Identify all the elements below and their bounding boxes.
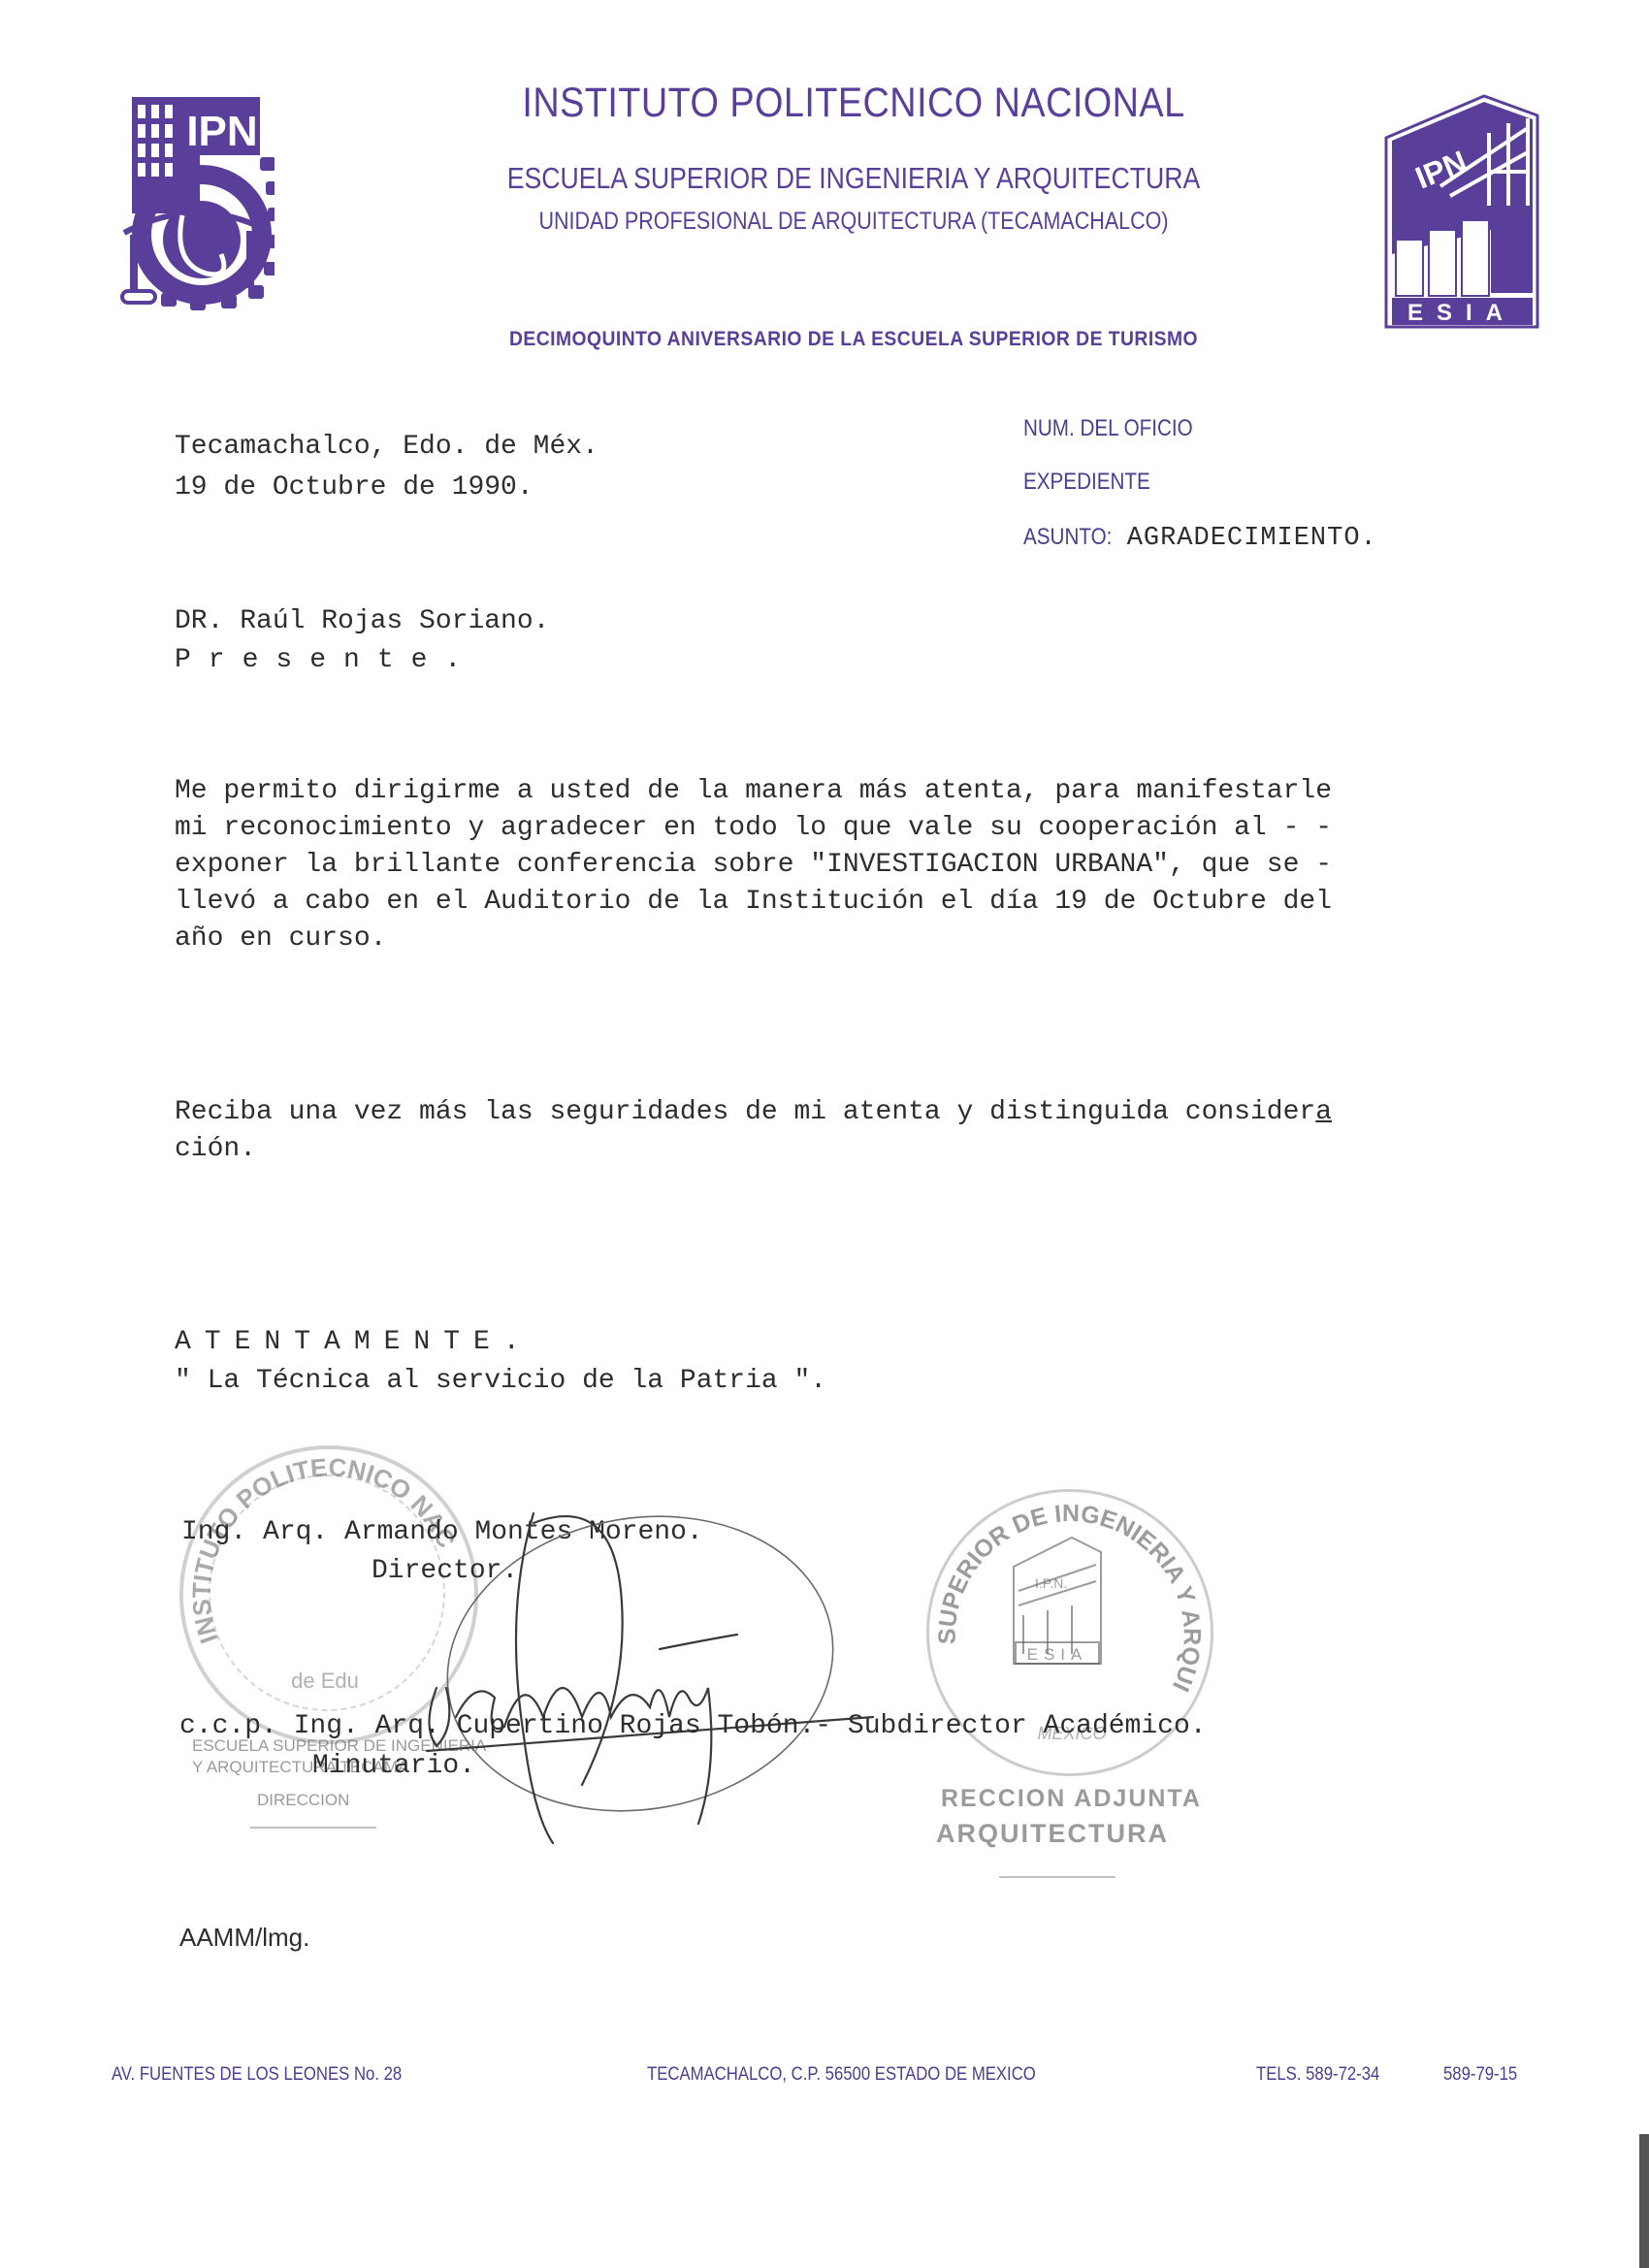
ipn-logo: IPN	[114, 89, 275, 312]
body-line: mi reconocimiento y agradecer en todo lo…	[175, 810, 1571, 847]
stamp-left-underline	[250, 1827, 376, 1829]
recipient-presente: Presente.	[175, 642, 478, 679]
svg-text:SUPERIOR DE INGENIERIA Y ARQUI: SUPERIOR DE INGENIERIA Y ARQUITECTURA	[926, 1489, 1206, 1696]
stamp-left-line-3: DIRECCION	[257, 1791, 349, 1810]
svg-text:de Edu: de Edu	[291, 1669, 359, 1693]
recipient-name: DR. Raúl Rojas Soriano.	[175, 603, 549, 640]
stamp-right-line-2: ARQUITECTURA	[936, 1819, 1169, 1849]
scan-edge-shadow	[1639, 2134, 1649, 2268]
esia-building-logo-icon: IPN ESIA	[1382, 94, 1542, 332]
expediente-label: EXPEDIENTE	[1023, 469, 1150, 496]
num-oficio-label: NUM. DEL OFICIO	[1023, 415, 1193, 442]
esia-logo: IPN ESIA	[1382, 94, 1542, 332]
footer-tel-2: 589-79-15	[1443, 2064, 1517, 2086]
asunto-value: AGRADECIMIENTO.	[1127, 524, 1377, 553]
reference-initials: AAMM/lmg.	[179, 1919, 309, 1956]
handwritten-signature-icon	[417, 1494, 902, 1863]
svg-text:IPN: IPN	[186, 108, 257, 155]
footer-address: AV. FUENTES DE LOS LEONES No. 28	[112, 2064, 402, 2086]
body-line: Me permito dirigirme a usted de la maner…	[175, 773, 1571, 810]
closing-atentamente: ATENTAMENTE.	[175, 1324, 533, 1361]
body-line: ción.	[175, 1131, 1571, 1168]
cc-minutario: Minutario.	[312, 1748, 475, 1785]
closing-motto: " La Técnica al servicio de la Patria ".	[175, 1363, 826, 1400]
institute-title: INSTITUTO POLITECNICO NACIONAL	[427, 80, 1280, 127]
unit-name: UNIDAD PROFESIONAL DE ARQUITECTURA (TECA…	[436, 208, 1271, 236]
svg-text:I.P.N.: I.P.N.	[1035, 1575, 1067, 1591]
svg-text:ESIA: ESIA	[1407, 300, 1516, 326]
stamp-right-line-1: RECCION ADJUNTA	[941, 1785, 1202, 1813]
place-line: Tecamachalco, Edo. de Méx.	[175, 429, 598, 466]
body-line: exponer la brillante conferencia sobre "…	[175, 847, 1571, 884]
svg-text:ESIA: ESIA	[1027, 1645, 1088, 1664]
school-name: ESCUELA SUPERIOR DE INGENIERIA Y ARQUITE…	[436, 161, 1271, 196]
body-line-underlined-char: a	[1315, 1097, 1332, 1127]
footer-city: TECAMACHALCO, C.P. 56500 ESTADO DE MEXIC…	[647, 2064, 1036, 2086]
body-line-text: Reciba una vez más las seguridades de mi…	[175, 1097, 1315, 1127]
body-line: Reciba una vez más las seguridades de mi…	[175, 1094, 1571, 1131]
body-line: llevó a cabo en el Auditorio de la Insti…	[175, 884, 1571, 921]
date-line: 19 de Octubre de 1990.	[175, 470, 533, 506]
body-paragraph-1: Me permito dirigirme a usted de la maner…	[175, 773, 1571, 957]
body-line: año en curso.	[175, 921, 1571, 957]
body-paragraph-2: Reciba una vez más las seguridades de mi…	[175, 1094, 1571, 1168]
asunto-label: ASUNTO:	[1023, 524, 1112, 551]
asunto-row: ASUNTO: AGRADECIMIENTO.	[1023, 520, 1377, 557]
ipn-gear-logo-icon: IPN	[114, 89, 275, 312]
stamp-right-underline	[999, 1876, 1115, 1878]
anniversary-banner: DECIMOQUINTO ANIVERSARIO DE LA ESCUELA S…	[407, 328, 1300, 351]
footer-tel-1: TELS. 589-72-34	[1256, 2064, 1379, 2086]
cc-line: c.c.p. Ing. Arq. Cupertino Rojas Tobón.-…	[179, 1708, 1207, 1745]
